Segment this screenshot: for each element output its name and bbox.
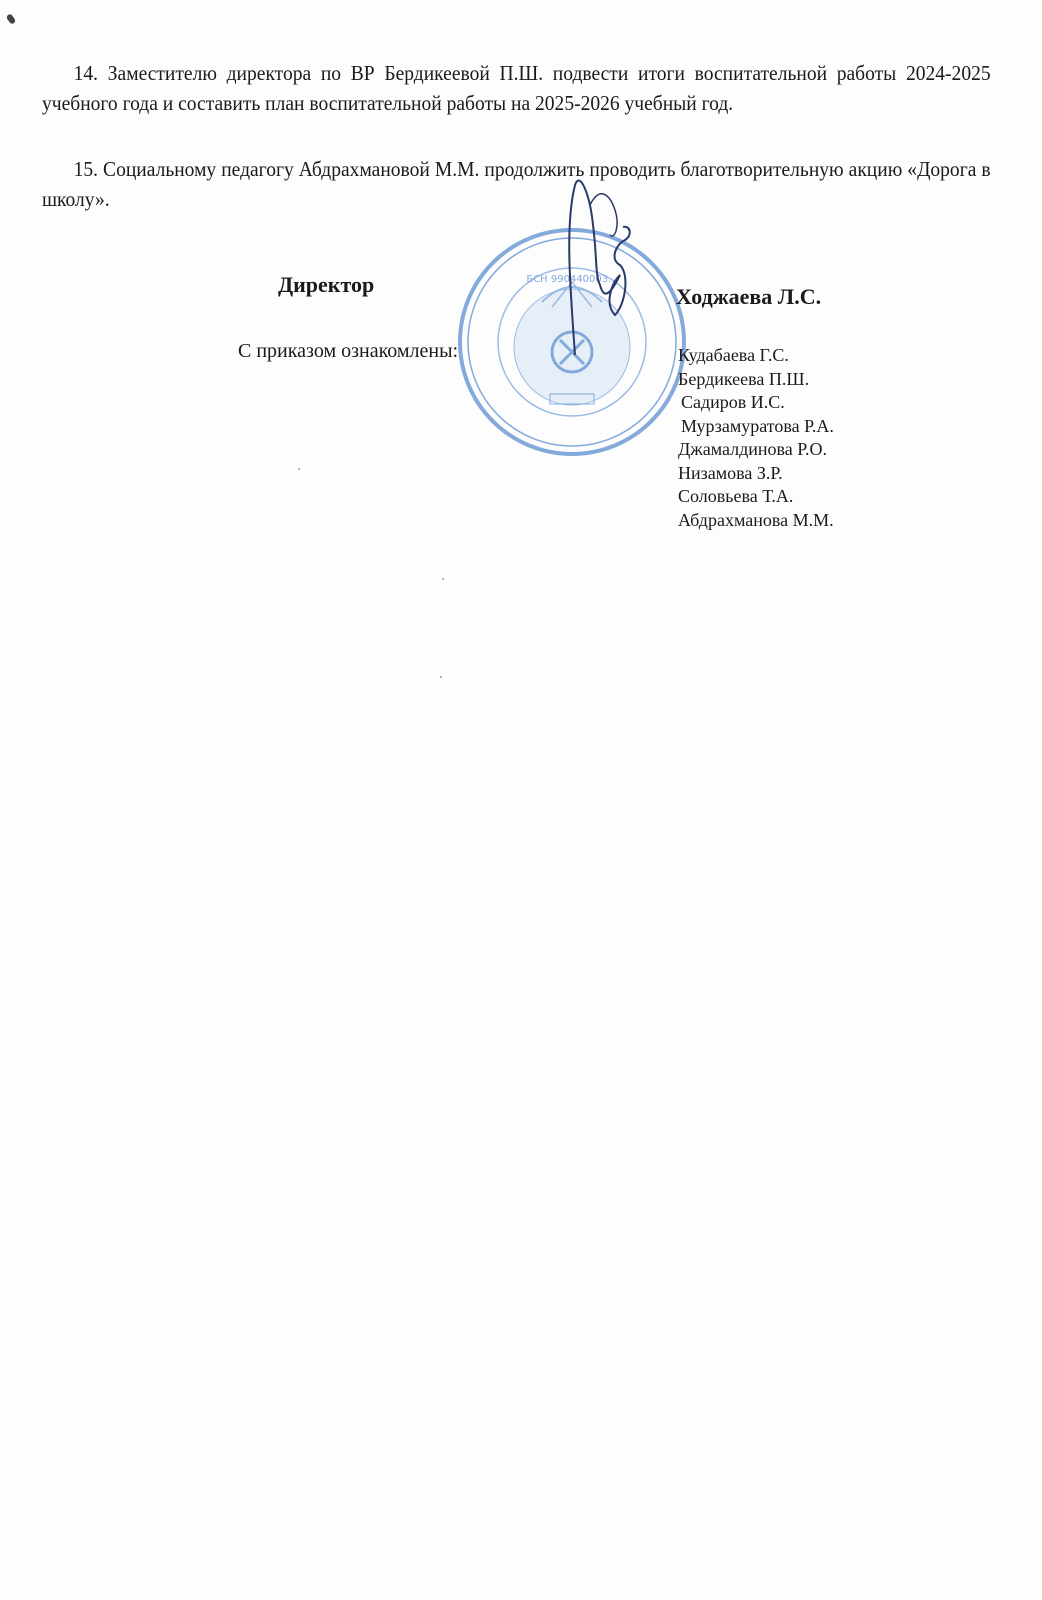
ack-name: Низамова З.Р. [678, 462, 834, 486]
scan-mark [6, 13, 17, 25]
ack-name: Мурзамуратова Р.А. [678, 415, 834, 439]
ack-name: Джамалдинова Р.О. [678, 438, 834, 462]
ack-name: Соловьева Т.А. [678, 485, 834, 509]
order-item-14: 14. Заместителю директора по ВР Бердикее… [42, 58, 991, 118]
ack-name: Кудабаева Г.С. [678, 344, 834, 368]
ack-name: Садиров И.С. [678, 391, 834, 415]
ack-name: Абдрахманова М.М. [678, 509, 834, 533]
item-number: 14. [74, 61, 98, 85]
signature-icon [555, 165, 645, 365]
signature-name: Ходжаева Л.С. [676, 284, 821, 310]
acknowledgement-list: Кудабаева Г.С. Бердикеева П.Ш. Садиров И… [678, 344, 834, 532]
order-item-15: 15. Социальному педагогу Абдрахмановой М… [42, 154, 991, 214]
scan-speck [440, 676, 442, 678]
item-text: Социальному педагогу Абдрахмановой М.М. … [42, 157, 991, 211]
scan-speck [442, 578, 444, 580]
scan-speck [298, 468, 300, 470]
item-text: Заместителю директора по ВР Бердикеевой … [42, 61, 991, 115]
item-number: 15. [74, 157, 98, 181]
ack-name: Бердикеева П.Ш. [678, 368, 834, 392]
signature-position: Директор [278, 272, 374, 298]
acknowledgement-label: С приказом ознакомлены: [238, 340, 458, 363]
